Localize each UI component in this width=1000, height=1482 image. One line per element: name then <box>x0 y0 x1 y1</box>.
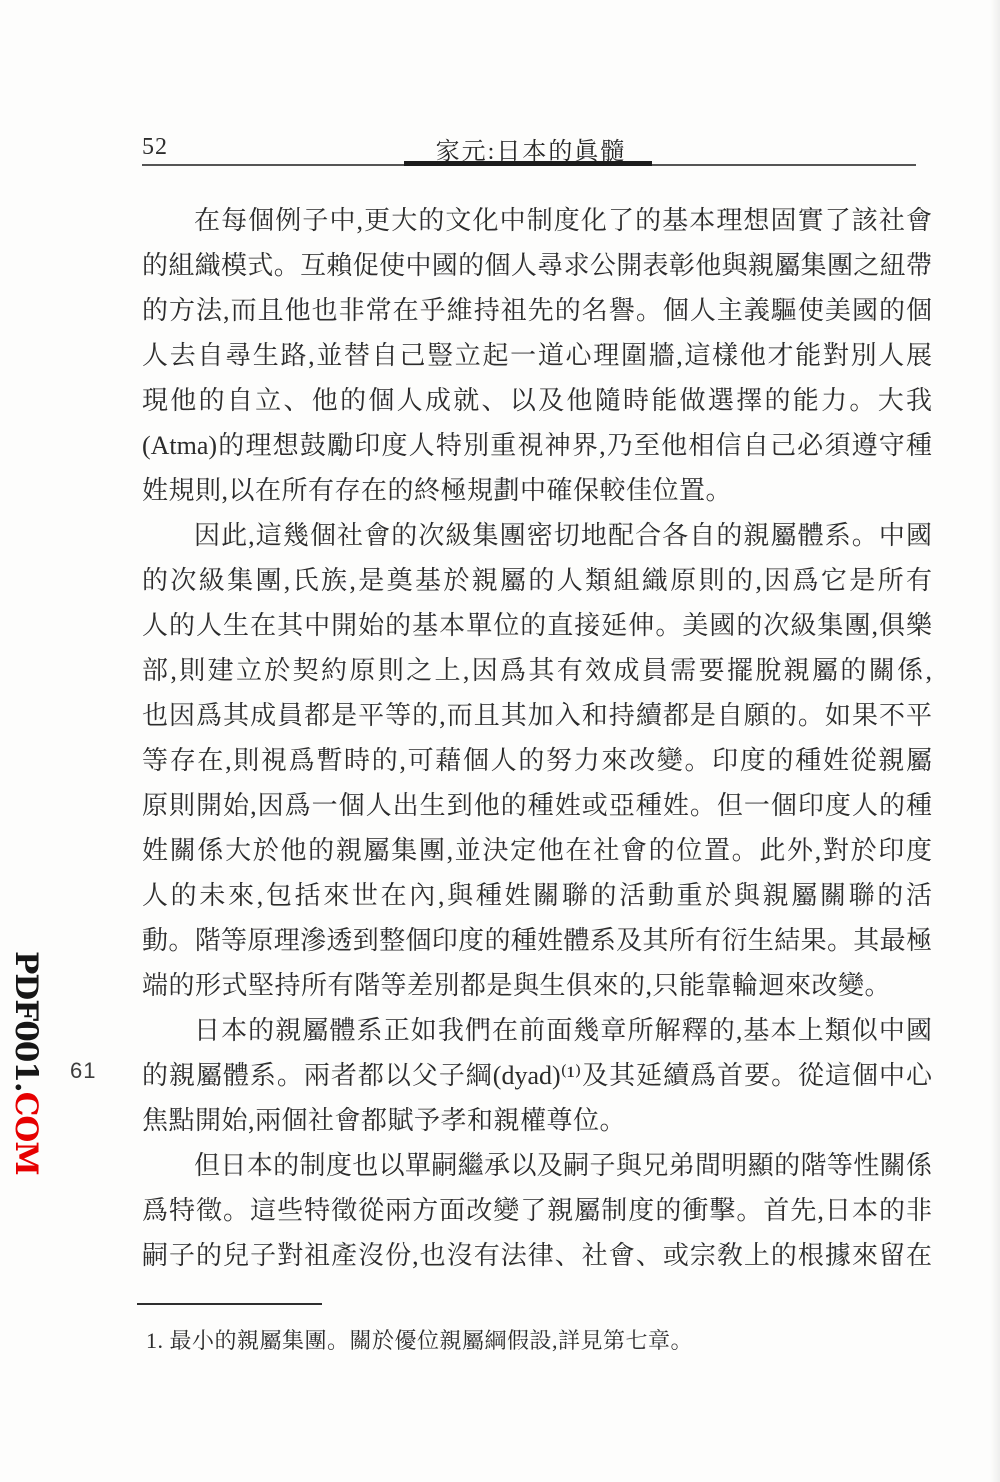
body-text-line: (Atma)的理想鼓勵印度人特別重視神界,乃至他相信自己必須遵守種 <box>142 423 932 468</box>
body-text-line: 原則開始,因爲一個人出生到他的種姓或亞種姓。但一個印度人的種 <box>142 783 932 828</box>
footnote-separator-rule <box>137 1303 322 1305</box>
body-text-line: 也因爲其成員都是平等的,而且其加入和持續都是自願的。如果不平 <box>142 693 932 738</box>
body-text-line: 人的未來,包括來世在內,與種姓關聯的活動重於與親屬關聯的活 <box>142 873 932 918</box>
body-text-line: 的親屬體系。兩者都以父子綱(dyad)⁽¹⁾及其延續爲首要。從這個中心 <box>142 1053 932 1098</box>
body-text-line: 焦點開始,兩個社會都賦予孝和親權尊位。 <box>142 1098 932 1143</box>
watermark: PDF001.COM <box>8 951 44 1175</box>
body-text-line: 姓關係大於他的親屬集團,並決定他在社會的位置。此外,對於印度 <box>142 828 932 873</box>
body-text-line: 但日本的制度也以單嗣繼承以及嗣子與兄弟間明顯的階等性關係 <box>142 1143 932 1188</box>
body-text-line: 動。階等原理滲透到整個印度的種姓體系及其所有衍生結果。其最極 <box>142 918 932 963</box>
body-text-line: 姓規則,以在所有存在的終極規劃中確保較佳位置。 <box>142 468 932 513</box>
scan-gutter-shade <box>990 0 1000 1482</box>
header-rule-thick-segment <box>404 161 652 166</box>
body-text-line: 爲特徵。這些特徵從兩方面改變了親屬制度的衝擊。首先,日本的非 <box>142 1188 932 1233</box>
body-text-line: 的方法,而且他也非常在乎維持祖先的名譽。個人主義驅使美國的個 <box>142 288 932 333</box>
body-text-line: 人的人生在其中開始的基本單位的直接延伸。美國的次級集團,俱樂 <box>142 603 932 648</box>
margin-line-number: 61 <box>70 1058 96 1084</box>
page-number: 52 <box>142 134 168 161</box>
body-text-line: 的組織模式。互賴促使中國的個人尋求公開表彰他與親屬集團之紐帶 <box>142 243 932 288</box>
body-text-line: 在每個例子中,更大的文化中制度化了的基本理想固實了該社會 <box>142 198 932 243</box>
body-text-line: 端的形式堅持所有階等差別都是與生俱來的,只能靠輪迴來改變。 <box>142 963 932 1008</box>
body-text-line: 現他的自立、他的個人成就、以及他隨時能做選擇的能力。大我 <box>142 378 932 423</box>
body-text-line: 人去自尋生路,並替自己豎立起一道心理圍牆,這樣他才能對別人展 <box>142 333 932 378</box>
body-text: 在每個例子中,更大的文化中制度化了的基本理想固實了該社會的組織模式。互賴促使中國… <box>142 198 932 1278</box>
body-text-line: 日本的親屬體系正如我們在前面幾章所解釋的,基本上類似中國 <box>142 1008 932 1053</box>
watermark-text-black: PDF001. <box>8 951 44 1092</box>
body-text-line: 嗣子的兒子對祖產沒份,也沒有法律、社會、或宗敎上的根據來留在 <box>142 1233 932 1278</box>
body-text-line: 部,則建立於契約原則之上,因爲其有效成員需要擺脫親屬的關係, <box>142 648 932 693</box>
footnote: 1. 最小的親屬集團。關於優位親屬綱假設,詳見第七章。 <box>146 1326 786 1356</box>
body-text-line: 因此,這幾個社會的次級集團密切地配合各自的親屬體系。中國 <box>142 513 932 558</box>
body-text-line: 等存在,則視爲暫時的,可藉個人的努力來改變。印度的種姓從親屬 <box>142 738 932 783</box>
book-page-scan: 52 家元:日本的眞髓 PDF001.COM 61 在每個例子中,更大的文化中制… <box>0 0 1000 1482</box>
body-text-line: 的次級集團,氏族,是奠基於親屬的人類組織原則的,因爲它是所有 <box>142 558 932 603</box>
watermark-text-red: COM <box>8 1092 44 1175</box>
